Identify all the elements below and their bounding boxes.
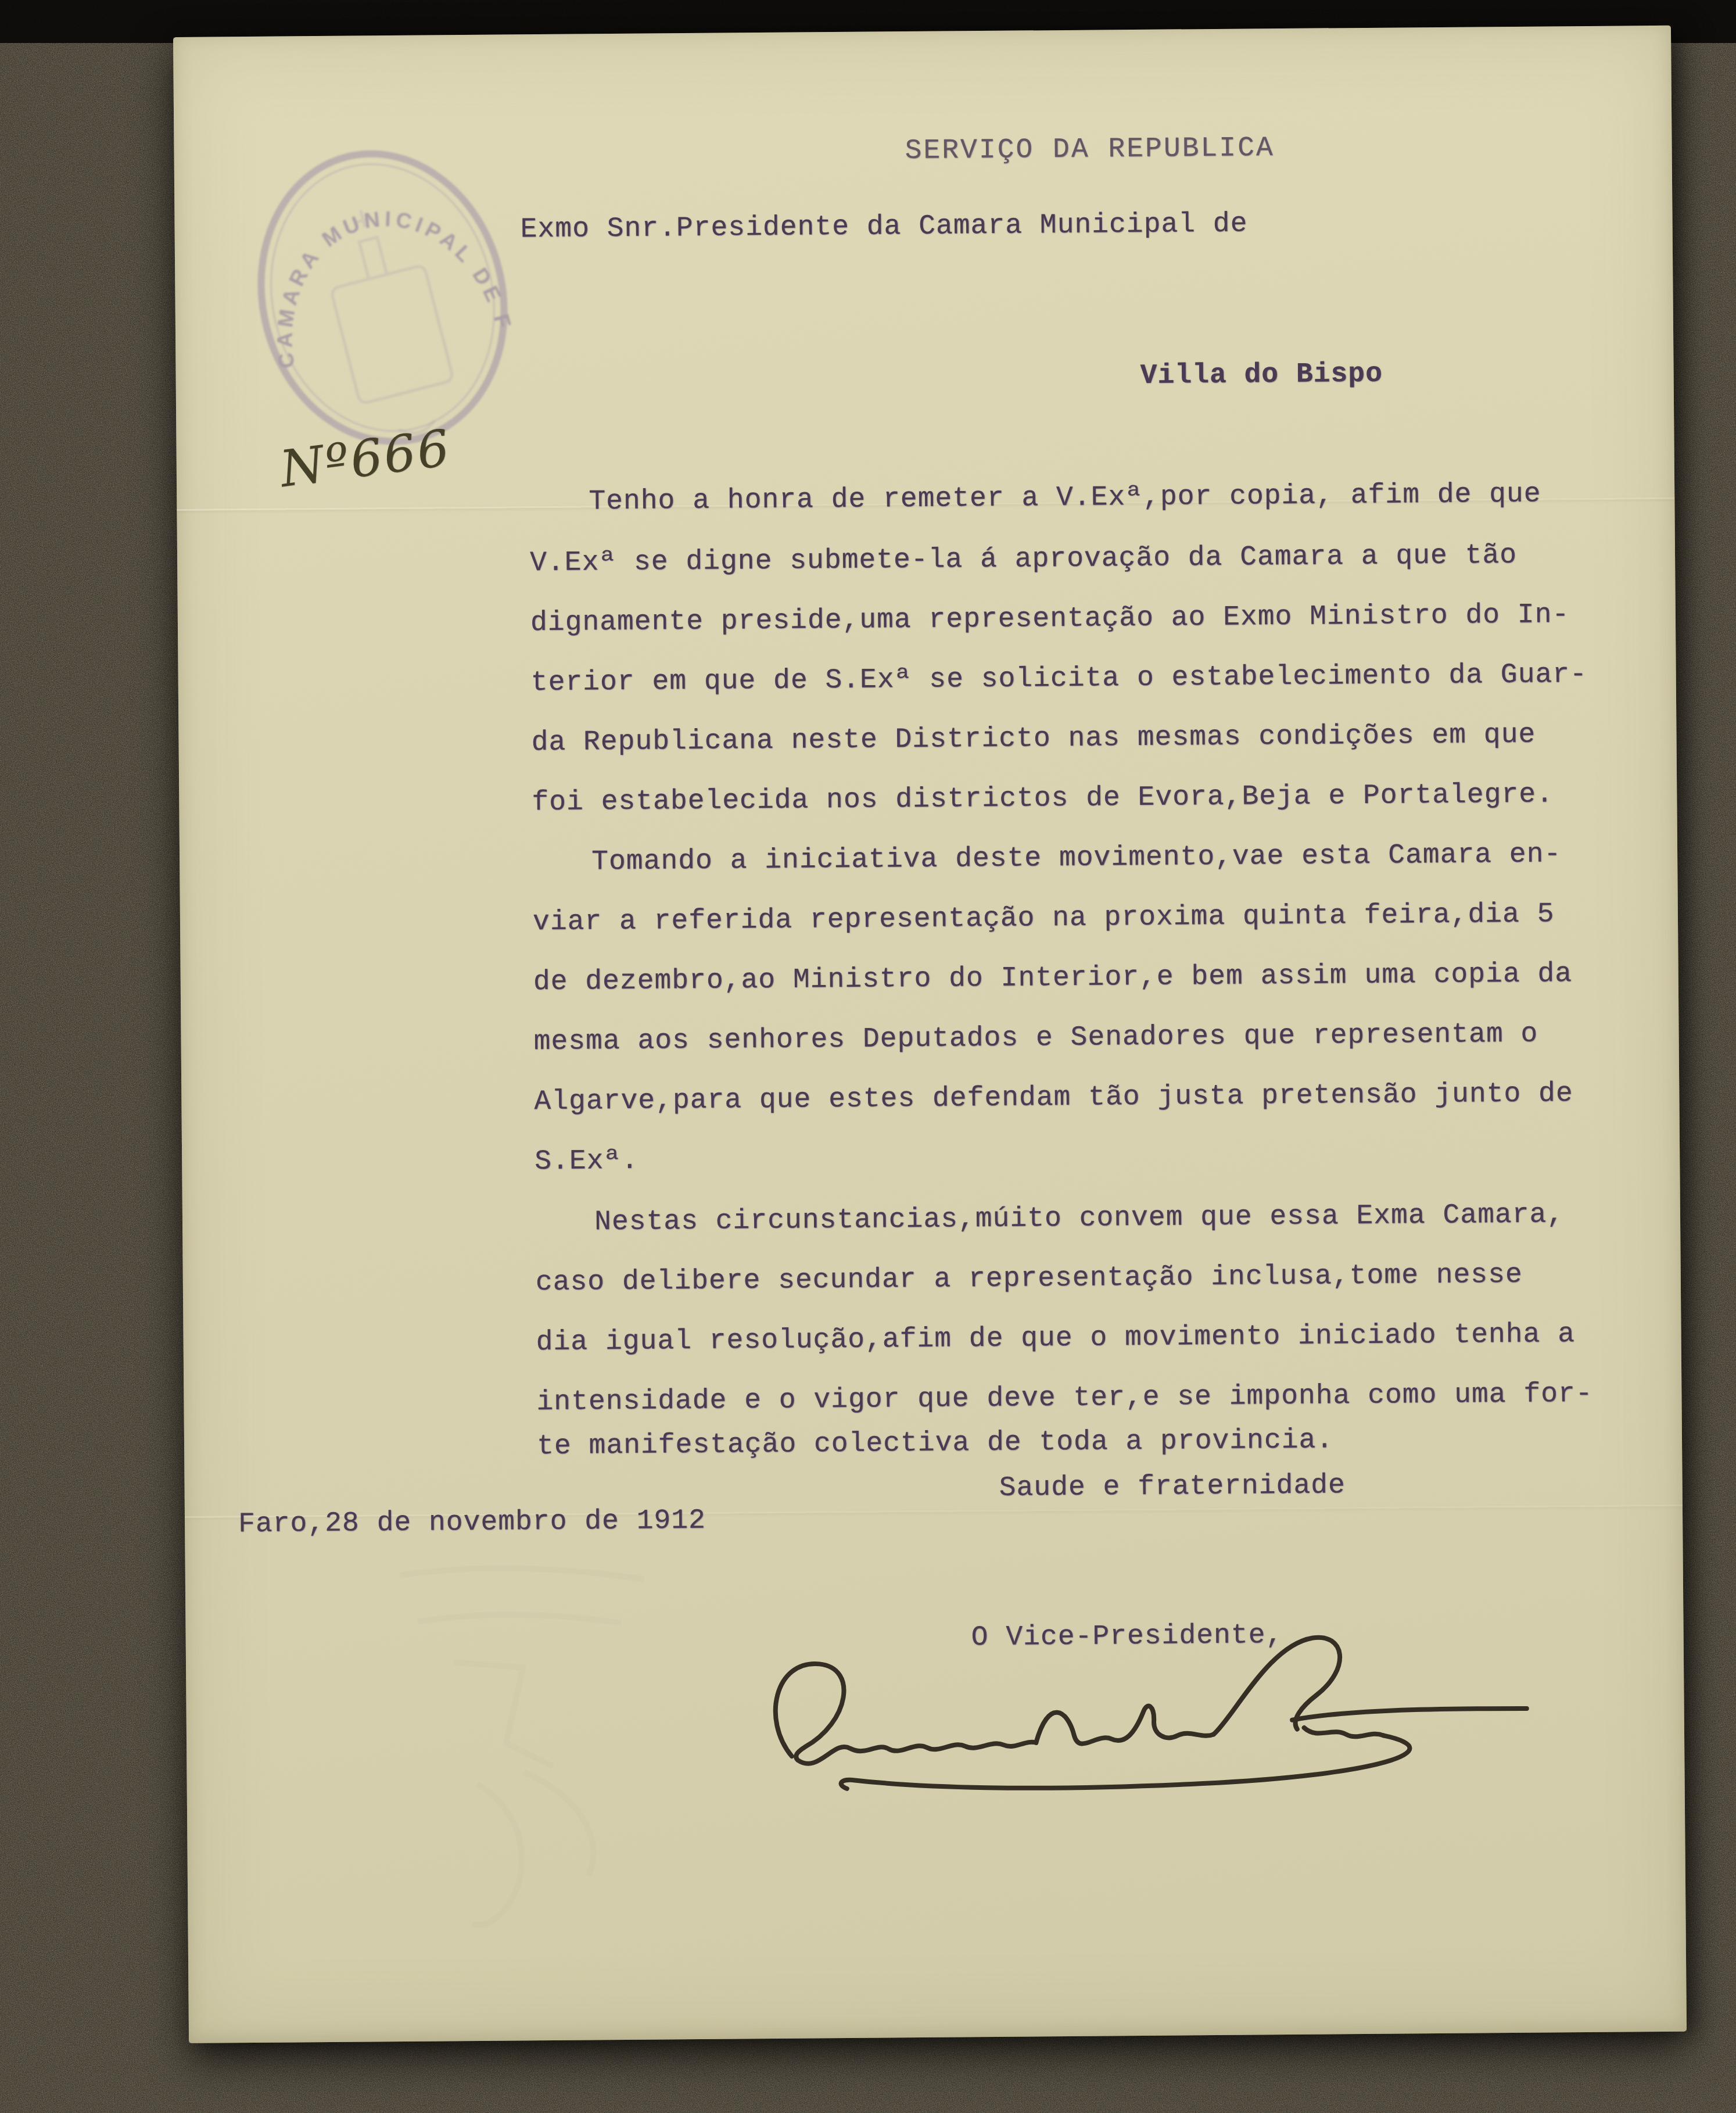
locality-line: Villa do Bispo [1140,360,1383,390]
svg-text:CAMARA MUNICIPAL DE FARO: CAMARA MUNICIPAL DE FARO [245,131,516,395]
body-line: S.Exª. [535,1147,639,1176]
body-line: viar a referida representação na proxima… [533,900,1555,936]
body-line: Algarve,para que estes defendam tão just… [534,1080,1573,1116]
body-line: te manifestação colectiva de toda a prov… [537,1426,1333,1460]
service-header: SERVIÇO DA REPUBLICA [905,134,1274,165]
body-line: foi estabelecida nos districtos de Evora… [532,780,1554,816]
body-line: mesma aos senhores Deputados e Senadores… [533,1020,1538,1056]
body-line: da Republicana neste Districto nas mesma… [531,721,1536,757]
addressee-line: Exmo Snr.Presidente da Camara Municipal … [520,210,1247,243]
body-line: dignamente preside,uma representação ao … [530,601,1570,637]
body-line: Nestas circunstancias,múito convem que e… [594,1201,1564,1236]
ghost-stamp [330,1520,740,1988]
body-line: caso delibere secundar a representação i… [536,1261,1523,1297]
body-line: de dezembro,ao Ministro do Interior,e be… [533,960,1573,996]
body-line: Tomando a iniciativa deste movimento,vae… [591,840,1561,876]
salutation-line: Saude e fraternidade [999,1471,1345,1502]
body-line: terior em que de S.Exª se solicita o est… [531,661,1587,697]
body-line: intensidade e o vigor que deve ter,e se … [536,1380,1592,1416]
municipal-stamp-icon: CAMARA MUNICIPAL DE FARO [245,131,520,464]
body-line: V.Exª se digne submete-la á aprovação da… [530,542,1517,577]
body-line: dia igual resolução,afim de que o movime… [536,1320,1575,1356]
body-line: Tenho a honra de remeter a V.Exª,por cop… [589,481,1541,516]
signature-scrawl [738,1605,1569,1825]
letter-paper: CAMARA MUNICIPAL DE FARO Nº666 SERVIÇO D… [173,26,1687,2043]
